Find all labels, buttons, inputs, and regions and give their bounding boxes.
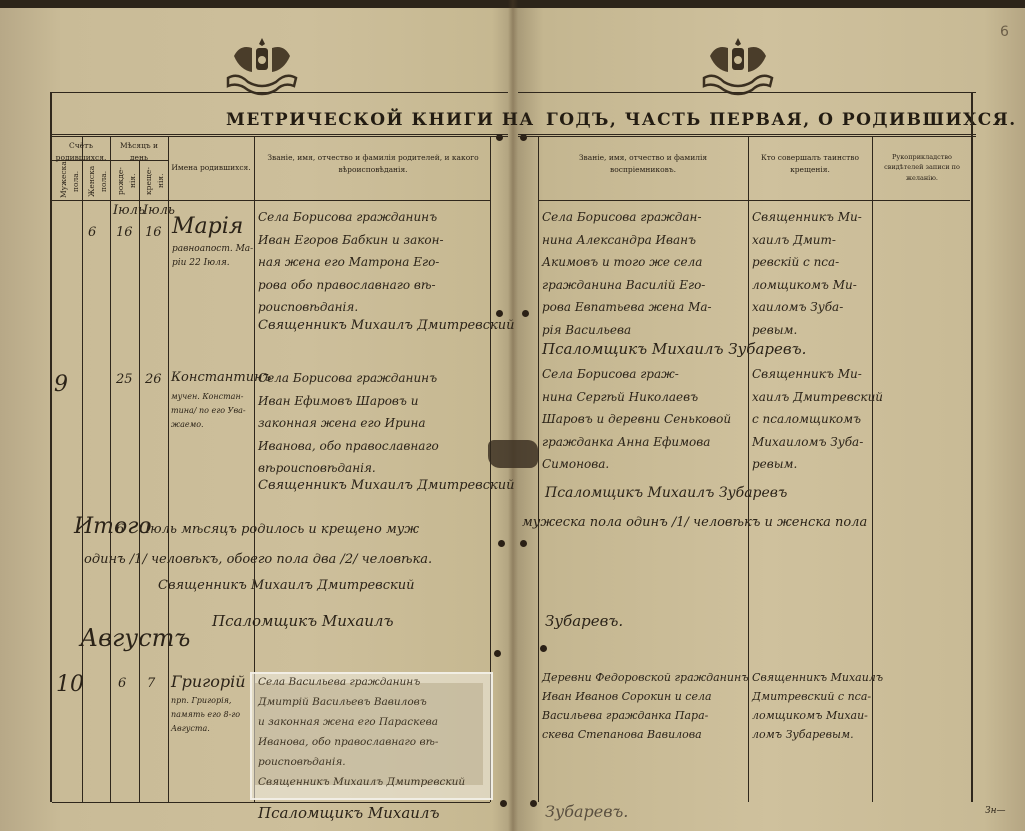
header-signatures: Рукоприкладство свидѣтелей записи по жел…	[876, 152, 968, 183]
entry-name-note: прп. Григорія,память его 8-гоАвгуста.	[171, 694, 240, 736]
binding-hole	[540, 645, 547, 652]
summary-male-total: 6	[116, 522, 124, 537]
rule	[538, 200, 970, 201]
header-officiant: Кто совершалъ таинство крещенія.	[754, 152, 866, 176]
binding-hole	[530, 800, 537, 807]
entry-born-day: 25	[116, 372, 133, 387]
binding-hole	[494, 650, 501, 657]
entry-female-count: 6	[88, 225, 96, 240]
entry-priest-signature: Священникъ Михаилъ Дмитревский	[258, 478, 515, 493]
entry-priest-signature: Священникъ Михаилъ Дмитревский	[258, 318, 515, 333]
entry-baptized-day: 16	[145, 225, 162, 240]
entry-parents: Села Борисова гражданинъИван Ефимовъ Шар…	[258, 367, 439, 480]
header-names: Имена родившихся.	[170, 162, 252, 174]
entry-psalmist-right: Зубаревъ.	[545, 802, 628, 821]
binding-hole	[498, 540, 505, 547]
rule	[50, 92, 508, 93]
rule	[82, 137, 83, 802]
entry-child-name: Константинъ	[171, 370, 271, 385]
header-date-group: Мѣсяцъ и день	[112, 140, 166, 164]
binding-hole	[520, 540, 527, 547]
entry-male-count: 10	[56, 672, 84, 697]
entry-male-count: 9	[54, 372, 68, 397]
rule	[538, 137, 539, 802]
rule	[52, 802, 490, 803]
entry-baptized-day: 7	[147, 676, 155, 691]
page-tear	[488, 440, 538, 468]
month-mark-baptized: Іюль	[143, 203, 175, 218]
register-spread: 6 МЕТРИЧЕСКОЙ КНИГИ НА ГОДЪ, ЧАСТЬ ПЕРВА…	[0, 0, 1025, 831]
header-date-born: рожде-нія.	[115, 164, 137, 198]
entry-godparents: Села Борисова граж-нина Сергѣй Николаевъ…	[542, 363, 731, 476]
entry-name-note: мучен. Констан-тина/ по его Ува-жаемо.	[171, 390, 246, 432]
summary-priest-signature: Священникъ Михаилъ Дмитревский	[158, 578, 415, 593]
binding-hole	[500, 800, 507, 807]
summary-psalmist-left: Псаломщикъ Михаилъ	[212, 612, 393, 630]
entry-godparents: Деревни Федоровской гражданинъИван Ивано…	[542, 668, 749, 744]
summary-itogo: Итого	[74, 514, 152, 539]
corner-mark: Зн—	[985, 806, 1006, 816]
entry-psalmist-signature: Псаломщикъ Михаилъ Зубаревъ.	[542, 340, 806, 358]
summary-line2: одинъ /1/ человѣкъ, обоего пола два /2/ …	[84, 552, 432, 567]
entry-parents: Села Васильева гражданинъДмитрій Василье…	[258, 672, 465, 792]
binding-hole	[496, 310, 503, 317]
entry-child-name: Григорій	[171, 672, 246, 691]
entry-psalmist-signature: Псаломщикъ Михаилъ Зубаревъ	[545, 485, 787, 501]
header-date-baptized: креще-нія.	[143, 164, 165, 198]
rule	[518, 134, 976, 137]
entry-psalmist-left: Псаломщикъ Михаилъ	[258, 804, 439, 822]
header-count-male: Мужеска пола.	[58, 164, 80, 198]
entry-officiant: Священникъ Ми-хаилъ Дмит-ревскій с пса-л…	[752, 206, 862, 341]
rule	[50, 92, 52, 802]
rule	[518, 92, 976, 93]
double-headed-eagle-icon	[222, 34, 302, 96]
entry-child-name: Марія	[172, 214, 243, 239]
summary-line1-right: мужеска пола одинъ /1/ человѣкъ и женска…	[522, 515, 867, 530]
entry-parents: Села Борисова гражданинъИван Егоров Бабк…	[258, 206, 444, 319]
month-mark-born: Іюль	[113, 203, 145, 218]
header-godparents: Званіе, имя, отчество и фамилія воспріем…	[548, 152, 738, 176]
rule	[50, 134, 508, 137]
month-heading: Августъ	[80, 624, 190, 652]
title-left: МЕТРИЧЕСКОЙ КНИГИ НА	[226, 110, 535, 130]
entry-born-day: 16	[116, 225, 133, 240]
rule	[971, 92, 973, 802]
page-number: 6	[1000, 24, 1009, 40]
summary-psalmist-right: Зубаревъ.	[545, 612, 623, 630]
rule	[110, 137, 111, 802]
rule	[168, 137, 169, 802]
entry-godparents: Села Борисова граждан-нина Александра Ив…	[542, 206, 712, 341]
entry-officiant: Священникъ МихаилъДмитревский с пса-ломщ…	[752, 668, 883, 744]
header-count-female: Женска пола.	[86, 164, 108, 198]
title-right: ГОДЪ, ЧАСТЬ ПЕРВАЯ, О РОДИВШИХСЯ.	[546, 110, 1017, 130]
rule	[52, 200, 490, 201]
entry-born-day: 6	[118, 676, 126, 691]
entry-officiant: Священникъ Ми-хаилъ Дмитревскийс псаломщ…	[752, 363, 883, 476]
binding-hole	[522, 310, 529, 317]
entry-baptized-day: 26	[145, 372, 162, 387]
rule	[139, 160, 140, 802]
entry-name-note: равноапост. Ма-ріи 22 Іюля.	[172, 242, 253, 270]
header-parents: Званіе, имя, отчество и фамилія родителе…	[262, 152, 484, 176]
double-headed-eagle-icon	[698, 34, 778, 96]
summary-line1-left: Іюль мѣсяцъ родилось и крещено муж	[145, 522, 419, 537]
